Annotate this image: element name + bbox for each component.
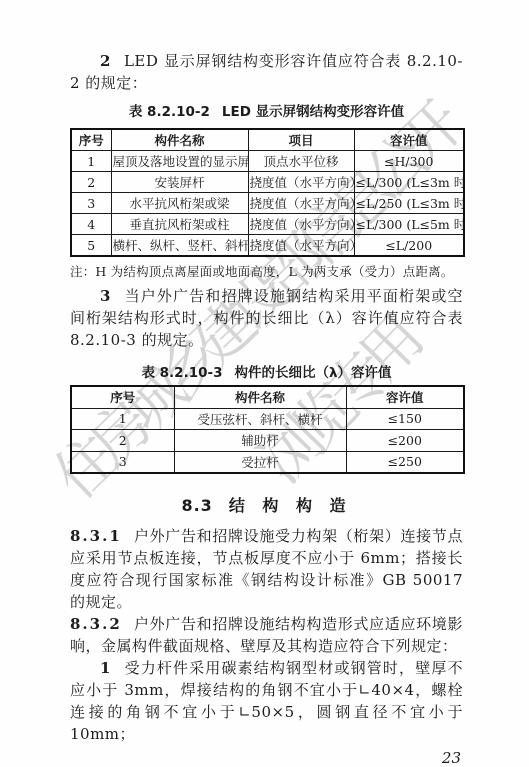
table-1-caption-title: LED 显示屏钢结构变形容许值: [222, 104, 404, 120]
table-cell: 1: [71, 151, 111, 172]
table-row: 2 安装屏杆 挠度值（水平方向） ≤L/300 (L≤3m 时): [71, 172, 464, 193]
table-row: 2 辅助杆 ≤200: [71, 430, 464, 452]
table-header-cell: 构件名称: [111, 129, 248, 151]
page-content: 2LED 显示屏钢结构变形容许值应符合表 8.2.10-2 的规定： 表 8.2…: [70, 50, 463, 767]
table-row: 4 垂直抗风桁架或柱 挠度值（水平方向） ≤L/300 (L≤5m 时): [71, 214, 464, 235]
table-header-cell: 项目: [248, 129, 354, 151]
table-row: 3 受拉杆 ≤250: [71, 451, 464, 473]
table-cell: 5: [71, 235, 111, 257]
table-cell: ≤L/300 (L≤5m 时): [354, 214, 464, 235]
table-cell: ≤L/250 (L≤3m 时): [354, 193, 464, 214]
clause-8-3-2-paragraph: 8.3.2户外广告和招牌设施结构构造形式应适应环境影响，金属构件截面规格、壁厚及…: [70, 613, 463, 657]
table-cell: 辅助杆: [174, 430, 346, 452]
clause-2-text: LED 显示屏钢结构变形容许值应符合表 8.2.10-2 的规定：: [70, 52, 463, 92]
table-header-cell: 容许值: [346, 386, 464, 408]
table-1-caption-label: 表 8.2.10-2: [129, 104, 210, 120]
table-cell: 安装屏杆: [111, 172, 248, 193]
clause-3-paragraph: 3当户外广告和招牌设施钢结构采用平面桁架或空间桁架结构形式时，构件的长细比（λ）…: [70, 285, 463, 351]
clause-8-3-1-text: 户外广告和招牌设施受力构架（桁架）连接节点应采用节点板连接，节点板厚度不应小于 …: [70, 527, 463, 611]
table-cell: 横杆、纵杆、竖杆、斜杆: [111, 235, 248, 257]
table-2-caption: 表 8.2.10-3构件的长细比（λ）容许值: [70, 364, 463, 382]
table-cell: 3: [71, 193, 111, 214]
table-header-cell: 序号: [71, 386, 174, 408]
table-cell: ≤200: [346, 430, 464, 452]
table-row: 3 水平抗风桁架或梁 挠度值（水平方向） ≤L/250 (L≤3m 时): [71, 193, 464, 214]
table-header-cell: 容许值: [354, 129, 464, 151]
clause-8-3-2-text: 户外广告和招牌设施结构构造形式应适应环境影响，金属构件截面规格、壁厚及其构造应符…: [70, 615, 463, 655]
table-cell: ≤H/300: [354, 151, 464, 172]
clause-8-3-2-number: 8.3.2: [70, 615, 122, 633]
item-1-paragraph: 1受力杆件采用碳素结构钢型材或钢管时，壁厚不应小于 3mm，焊接结构的角钢不宜小…: [70, 657, 463, 745]
table-cell: ≤L/200: [354, 235, 464, 257]
table-cell: ≤150: [346, 408, 464, 430]
item-1-number: 1: [100, 659, 111, 677]
section-heading: 8.3结 构 构 造: [70, 495, 463, 517]
slenderness-ratio-table: 序号 构件名称 容许值 1 受压弦杆、斜杆、横杆 ≤150 2 辅助杆 ≤200…: [70, 385, 465, 474]
table-1-note: 注：H 为结构顶点离屋面或地面高度，L 为两支承（受力）点距离。: [70, 264, 463, 279]
table-cell: 挠度值（水平方向）: [248, 214, 354, 235]
table-cell: 2: [71, 430, 174, 452]
table-header-row: 序号 构件名称 容许值: [71, 386, 464, 408]
clause-8-3-1-paragraph: 8.3.1户外广告和招牌设施受力构架（桁架）连接节点应采用节点板连接，节点板厚度…: [70, 525, 463, 613]
item-1-text: 受力杆件采用碳素结构钢型材或钢管时，壁厚不应小于 3mm，焊接结构的角钢不宜小于…: [70, 659, 463, 743]
table-header-cell: 构件名称: [174, 386, 346, 408]
document-page: 住房城乡建设部信息公开 浏览专用 2LED 显示屏钢结构变形容许值应符合表 8.…: [0, 0, 529, 767]
table-cell: 1: [71, 408, 174, 430]
table-cell: 顶点水平位移: [248, 151, 354, 172]
table-cell: 受拉杆: [174, 451, 346, 473]
table-cell: 3: [71, 451, 174, 473]
clause-3-number: 3: [100, 287, 111, 305]
clause-2-number: 2: [100, 52, 111, 70]
table-cell: ≤250: [346, 451, 464, 473]
table-header-row: 序号 构件名称 项目 容许值: [71, 129, 464, 151]
deformation-allowance-table: 序号 构件名称 项目 容许值 1 屋顶及落地设置的显示屏构架 顶点水平位移 ≤H…: [70, 128, 465, 257]
clause-8-3-1-number: 8.3.1: [70, 527, 122, 545]
page-number: 23: [70, 749, 463, 767]
section-title: 结 构 构 造: [229, 496, 352, 515]
table-2-caption-label: 表 8.2.10-3: [141, 365, 222, 381]
clause-3-text: 当户外广告和招牌设施钢结构采用平面桁架或空间桁架结构形式时，构件的长细比（λ）容…: [70, 287, 463, 349]
table-cell: 挠度值（水平方向）: [248, 235, 354, 257]
table-row: 1 受压弦杆、斜杆、横杆 ≤150: [71, 408, 464, 430]
table-header-cell: 序号: [71, 129, 111, 151]
table-cell: ≤L/300 (L≤3m 时): [354, 172, 464, 193]
table-1-caption: 表 8.2.10-2LED 显示屏钢结构变形容许值: [70, 103, 463, 121]
table-cell: 屋顶及落地设置的显示屏构架: [111, 151, 248, 172]
table-cell: 水平抗风桁架或梁: [111, 193, 248, 214]
table-cell: 受压弦杆、斜杆、横杆: [174, 408, 346, 430]
table-cell: 4: [71, 214, 111, 235]
clause-2-paragraph: 2LED 显示屏钢结构变形容许值应符合表 8.2.10-2 的规定：: [70, 50, 463, 94]
table-2-caption-title: 构件的长细比（λ）容许值: [234, 365, 391, 381]
table-row: 1 屋顶及落地设置的显示屏构架 顶点水平位移 ≤H/300: [71, 151, 464, 172]
table-row: 5 横杆、纵杆、竖杆、斜杆 挠度值（水平方向） ≤L/200: [71, 235, 464, 257]
section-number: 8.3: [181, 496, 212, 515]
table-cell: 垂直抗风桁架或柱: [111, 214, 248, 235]
table-cell: 挠度值（水平方向）: [248, 193, 354, 214]
table-cell: 挠度值（水平方向）: [248, 172, 354, 193]
table-cell: 2: [71, 172, 111, 193]
